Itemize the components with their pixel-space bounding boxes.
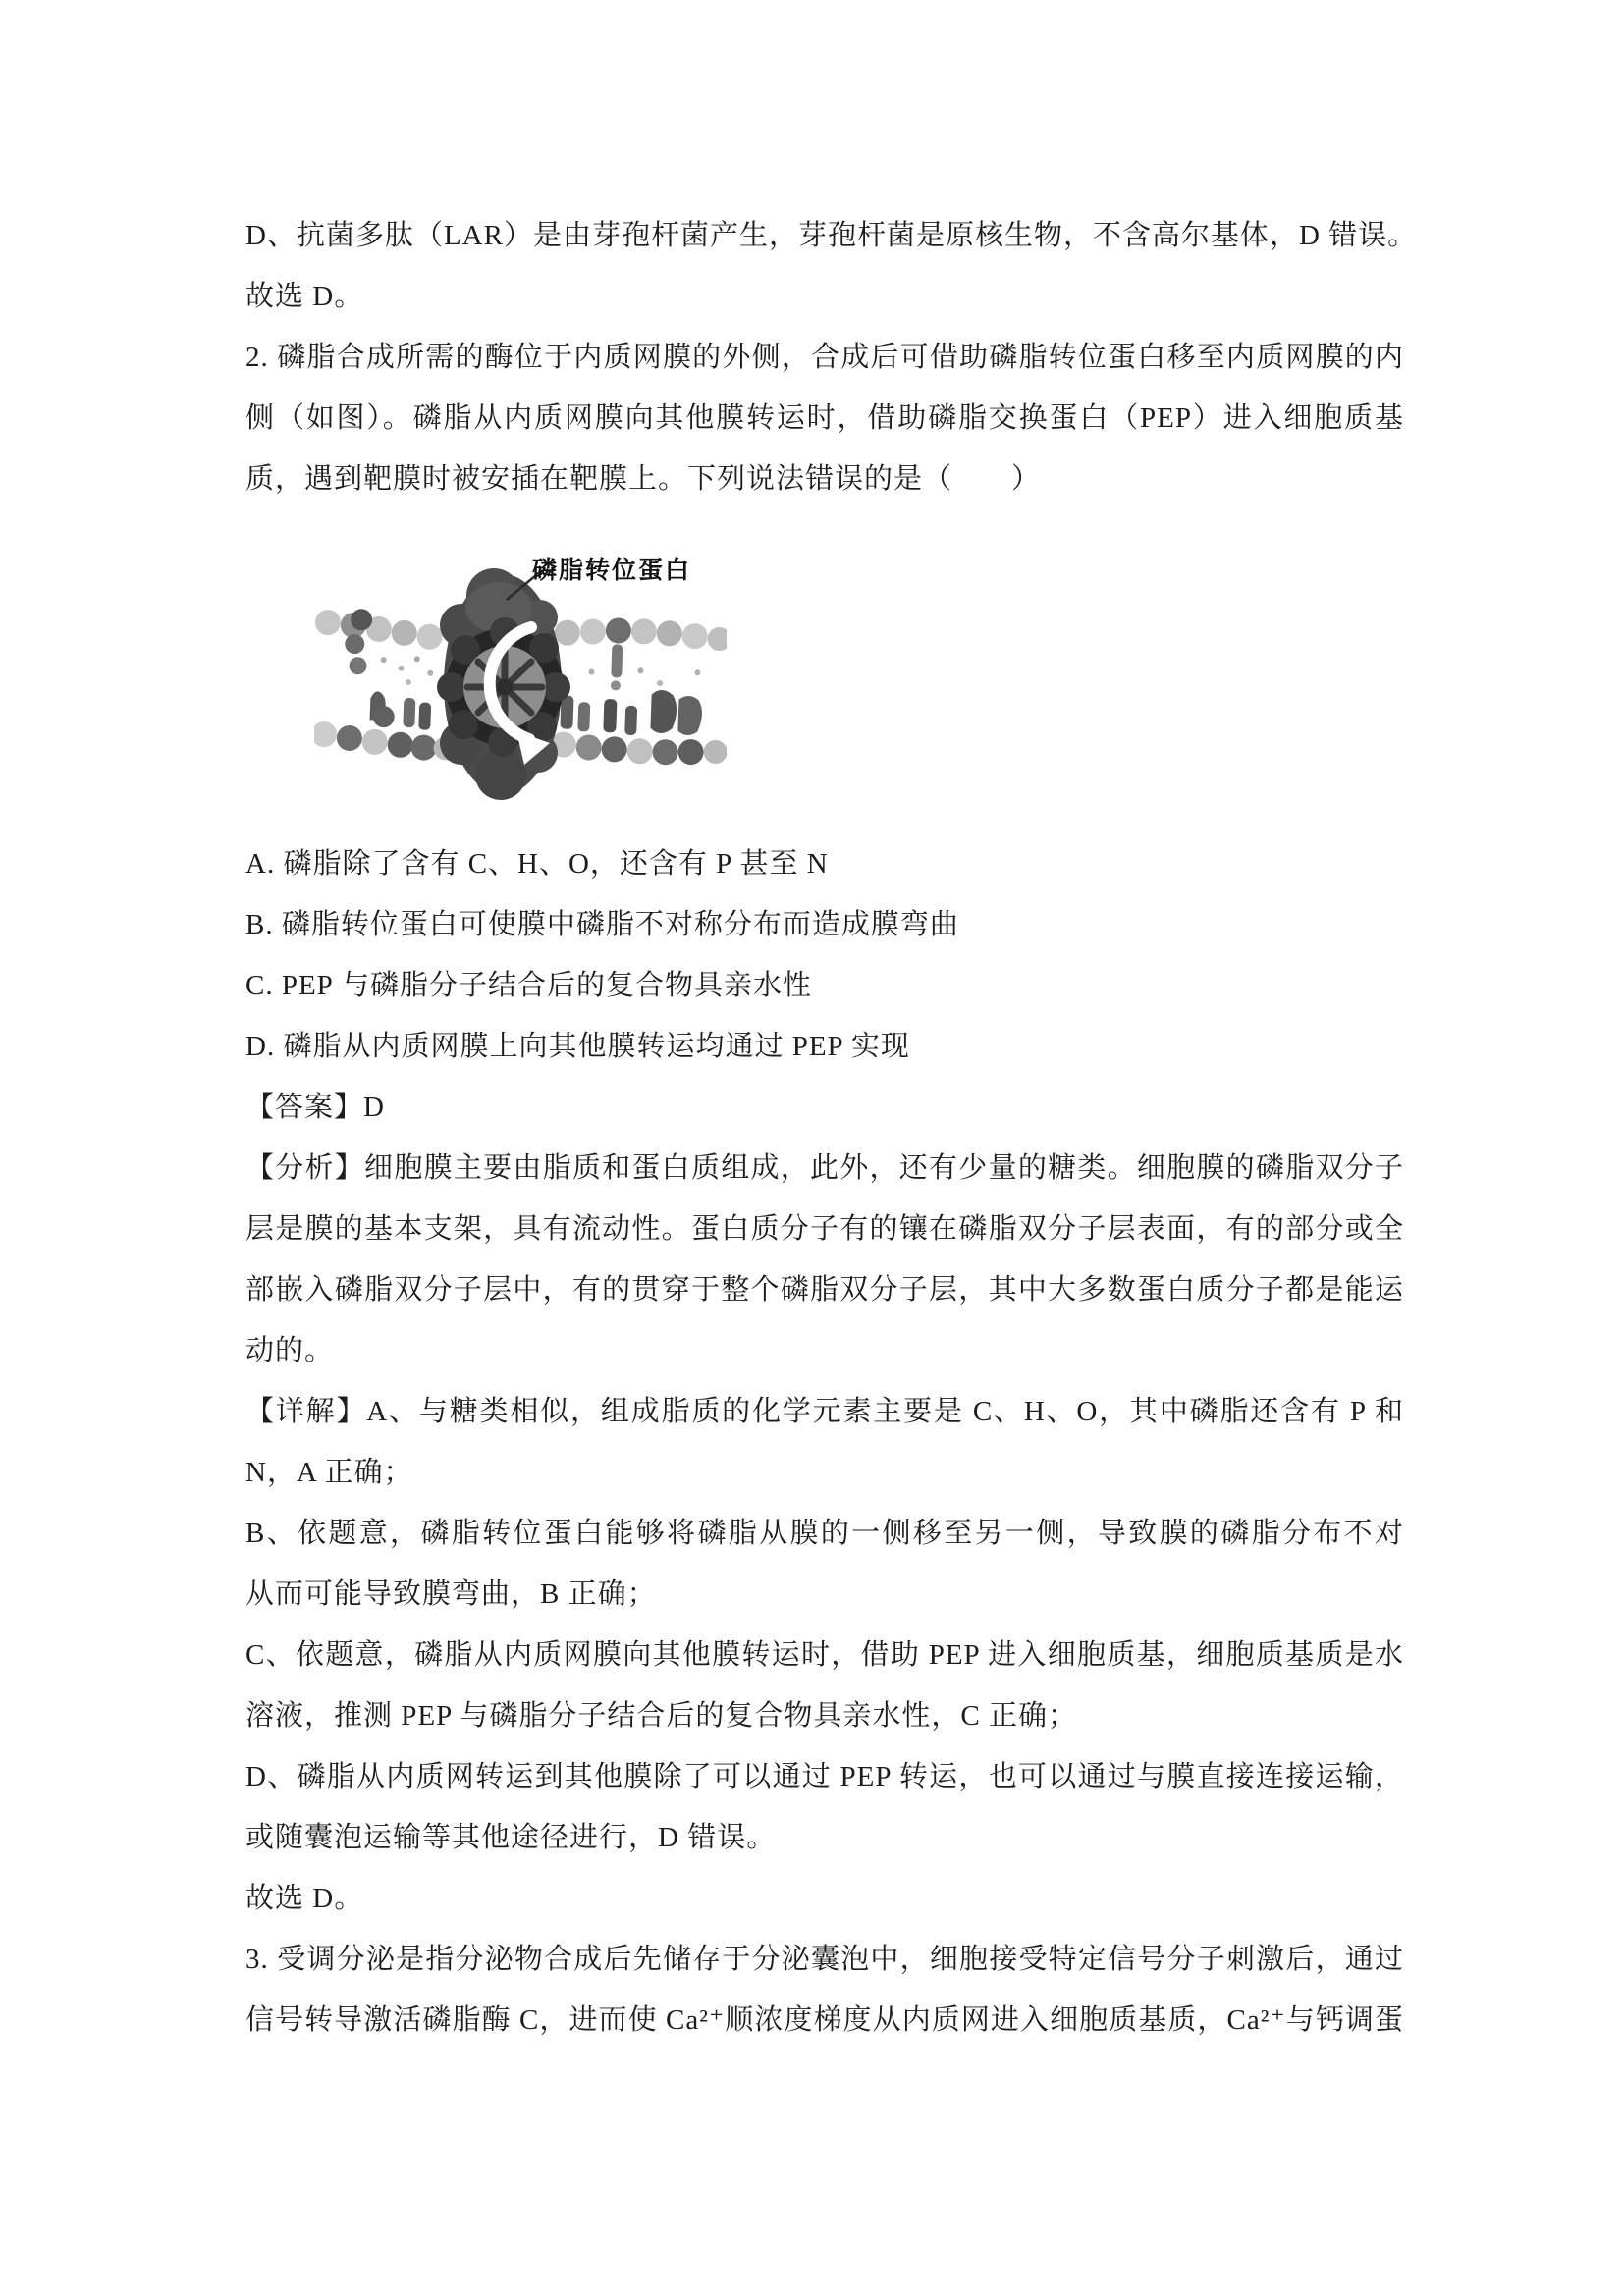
q1-detail-d: D、抗菌多肽（LAR）是由芽孢杆菌产生，芽孢杆菌是原核生物，不含高尔基体，D 错… <box>245 205 1404 266</box>
q2-option-d: D. 磷脂从内质网膜上向其他膜转运均通过 PEP 实现 <box>245 1016 1404 1077</box>
q2-detail-d-2: 或随囊泡运输等其他途径进行，D 错误。 <box>245 1807 1404 1868</box>
q2-detail-a-2: N，A 正确； <box>245 1442 1404 1503</box>
q2-detail-c-2: 溶液，推测 PEP 与磷脂分子结合后的复合物具亲水性，C 正确； <box>245 1685 1404 1746</box>
q2-detail-b-1: B、依题意，磷脂转位蛋白能够将磷脂从膜的一侧移至另一侧，导致膜的磷脂分布不对称， <box>245 1503 1404 1564</box>
q1-conclusion: 故选 D。 <box>245 266 1404 327</box>
q2-analysis-3: 部嵌入磷脂双分子层中，有的贯穿于整个磷脂双分子层，其中大多数蛋白质分子都是能运 <box>245 1259 1404 1320</box>
figure-label-flippase: 磷脂转位蛋白 <box>532 551 691 586</box>
q2-option-b: B. 磷脂转位蛋白可使膜中磷脂不对称分布而造成膜弯曲 <box>245 894 1404 955</box>
q3-stem-2: 信号转导激活磷脂酶 C，进而使 Ca²⁺顺浓度梯度从内质网进入细胞质基质，Ca²… <box>245 1990 1404 2051</box>
q2-detail-d-1: D、磷脂从内质网转运到其他膜除了可以通过 PEP 转运，也可以通过与膜直接连接运… <box>245 1746 1404 1807</box>
q2-detail-c-1: C、依题意，磷脂从内质网膜向其他膜转运时，借助 PEP 进入细胞质基，细胞质基质… <box>245 1625 1404 1685</box>
q2-analysis-1: 【分析】细胞膜主要由脂质和蛋白质组成，此外，还有少量的糖类。细胞膜的磷脂双分子 <box>245 1138 1404 1199</box>
q2-detail-b-2: 从而可能导致膜弯曲，B 正确； <box>245 1564 1404 1625</box>
q2-stem-2: 侧（如图）。磷脂从内质网膜向其他膜转运时，借助磷脂交换蛋白（PEP）进入细胞质基 <box>245 388 1404 449</box>
q2-stem-1: 2. 磷脂合成所需的酶位于内质网膜的外侧，合成后可借助磷脂转位蛋白移至内质网膜的… <box>245 327 1404 388</box>
q2-figure-membrane-flippase: 磷脂转位蛋白 <box>314 557 727 804</box>
membrane-bilayer-illustration <box>314 557 727 804</box>
q2-conclusion: 故选 D。 <box>245 1868 1404 1929</box>
flippase-protein-blob <box>437 568 570 800</box>
document-body: D、抗菌多肽（LAR）是由芽孢杆菌产生，芽孢杆菌是原核生物，不含高尔基体，D 错… <box>245 205 1409 2051</box>
q2-detail-a-1: 【详解】A、与糖类相似，组成脂质的化学元素主要是 C、H、O，其中磷脂还含有 P… <box>245 1381 1404 1442</box>
q2-answer: 【答案】D <box>245 1077 1404 1138</box>
document-page: D、抗菌多肽（LAR）是由芽孢杆菌产生，芽孢杆菌是原核生物，不含高尔基体，D 错… <box>0 0 1624 2296</box>
q2-analysis-4: 动的。 <box>245 1320 1404 1381</box>
q2-option-c: C. PEP 与磷脂分子结合后的复合物具亲水性 <box>245 955 1404 1016</box>
q2-analysis-2: 层是膜的基本支架，具有流动性。蛋白质分子有的镶在磷脂双分子层表面，有的部分或全 <box>245 1199 1404 1259</box>
q2-stem-3: 质，遇到靶膜时被安插在靶膜上。下列说法错误的是（ ） <box>245 449 1404 509</box>
q3-stem-1: 3. 受调分泌是指分泌物合成后先储存于分泌囊泡中，细胞接受特定信号分子刺激后，通… <box>245 1929 1404 1990</box>
q2-option-a: A. 磷脂除了含有 C、H、O，还含有 P 甚至 N <box>245 833 1404 894</box>
